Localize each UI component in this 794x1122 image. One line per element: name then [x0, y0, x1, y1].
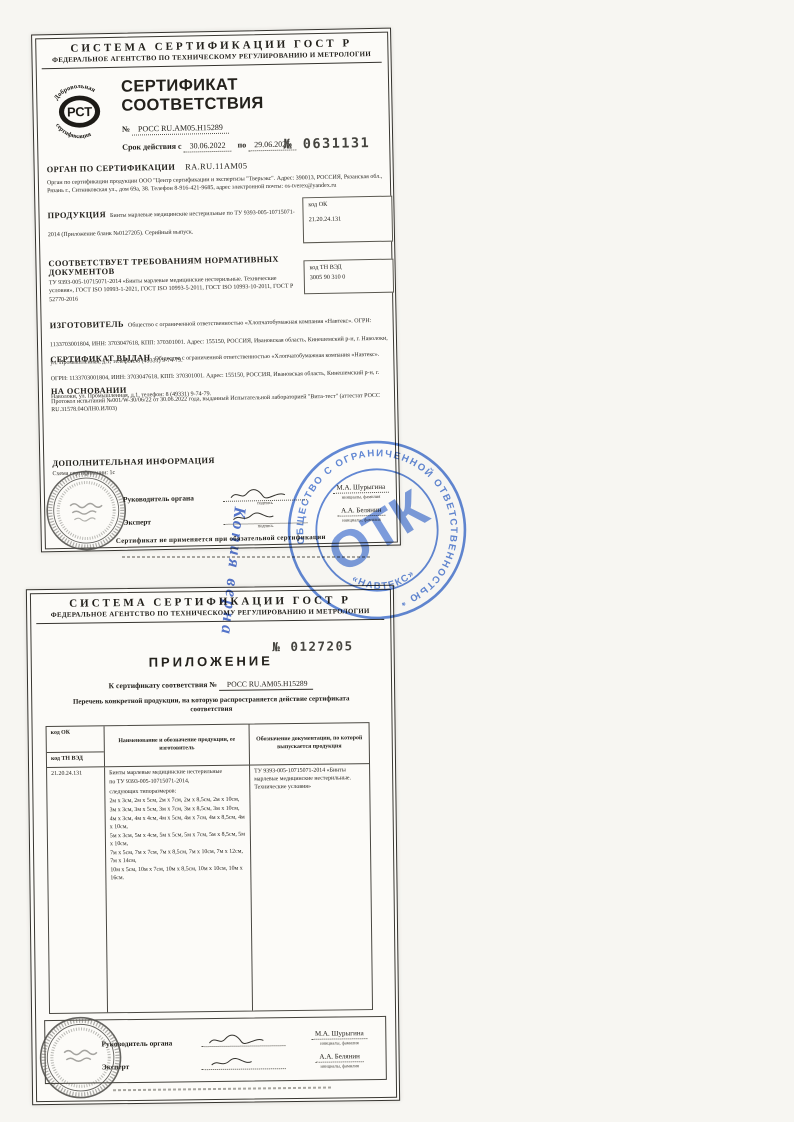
product-heading: ПРОДУКЦИЯ: [47, 210, 106, 220]
certificate-header: СИСТЕМА СЕРТИФИКАЦИИ ГОСТ Р ФЕДЕРАЛЬНОЕ …: [32, 29, 391, 70]
name-caption: инициалы, фамилия: [293, 1040, 385, 1046]
appendix-certificate-number: РОСС RU.АМ05.Н15289: [219, 679, 314, 691]
head-name-text: М.А. Шурыгина: [311, 1029, 368, 1040]
table-row: 21.20.24.131 Бинты марлевые медицинские …: [47, 764, 372, 1013]
header-cell-codes: код ОК код ТН ВЭД: [47, 726, 105, 767]
ok-code-box: код ОК 21.20.24.131: [302, 196, 393, 244]
expert-name-text: А.А. Белянин: [315, 1052, 364, 1063]
fine-print-line: [113, 1087, 333, 1092]
appendix-title: ПРИЛОЖЕНИЕ: [28, 652, 394, 671]
head-signature-line: [201, 1033, 285, 1047]
conformity-heading: СООТВЕТСТВУЕТ ТРЕБОВАНИЯМ НОРМАТИВНЫХ ДО…: [48, 254, 298, 277]
name-caption: инициалы, фамилия: [294, 1063, 386, 1069]
org-text: Орган по сертификации продукции ООО "Цен…: [47, 173, 385, 196]
cell-product: Бинты марлевые медицинские нестерильные …: [105, 766, 253, 1013]
product-line: 5м х 3см, 5м х 4см, 5м х 5см, 5м х 7см, …: [110, 831, 246, 849]
product-line: 4м х 3см, 4м х 4см, 4м х 5см, 4м х 7см, …: [110, 814, 246, 832]
product-line: 10м х 5см, 10м х 7см, 10м х 8,5см, 10м х…: [110, 865, 246, 883]
expert-signature-icon: [208, 1056, 258, 1071]
tnved-code-value: 3005 90 310 0: [310, 273, 388, 283]
validity-to-word: по: [237, 140, 246, 149]
col-header-tnved-code: код ТН ВЭД: [47, 751, 104, 767]
product-line: 2м х 3см, 2м х 5см, 2м х 7см, 2м х 8,5см…: [109, 797, 245, 807]
cell-code: 21.20.24.131: [47, 767, 108, 1013]
validity-prefix: Срок действия с: [122, 142, 182, 152]
expert-label: Эксперт: [123, 516, 215, 527]
head-name: М.А. Шурыгина инициалы, фамилия: [293, 1029, 385, 1046]
cell-documentation: ТУ 9393-005-10715071-2014 «Бинты марлевы…: [250, 764, 372, 1010]
ok-code-value: 21.20.24.131: [309, 215, 387, 225]
expert-signature-line: [202, 1056, 286, 1070]
section-certification-body: ОРГАН ПО СЕРТИФИКАЦИИ RA.RU.11АМ05 Орган…: [46, 153, 385, 196]
tnved-code-box: код ТН ВЭД 3005 90 310 0: [303, 259, 394, 295]
blank-number: № 0631131: [283, 135, 370, 153]
certificate-title: СЕРТИФИКАТ СООТВЕТСТВИЯ: [121, 73, 384, 116]
product-line: по ТУ 9393-005-10715071-2014,: [109, 778, 245, 788]
signature-block: Руководитель органа М.А. Шурыгина инициа…: [101, 1029, 386, 1078]
product-line: Бинты марлевые медицинские нестерильные: [109, 769, 245, 779]
product-line: следующих типоразмеров:: [109, 788, 245, 798]
svg-text:РСТ: РСТ: [67, 104, 93, 119]
section-conformity: СООТВЕТСТВУЕТ ТРЕБОВАНИЯМ НОРМАТИВНЫХ ДО…: [48, 254, 299, 304]
certificate-number-line: № РОСС RU.АМ05.Н15289: [122, 120, 384, 134]
scanned-document: СИСТЕМА СЕРТИФИКАЦИИ ГОСТ Р ФЕДЕРАЛЬНОЕ …: [0, 0, 794, 1122]
rst-certification-mark-icon: Добровольная РСТ сертификация: [46, 78, 113, 145]
subtitle-prefix: К сертификату соответствия №: [109, 680, 217, 690]
appendix-page: СИСТЕМА СЕРТИФИКАЦИИ ГОСТ Р ФЕДЕРАЛЬНОЕ …: [26, 585, 400, 1105]
org-heading: ОРГАН ПО СЕРТИФИКАЦИИ: [47, 163, 176, 174]
ok-code-label: код ОК: [308, 200, 386, 210]
col-header-documentation: Обозначение документации, по которой вып…: [250, 723, 369, 764]
product-line: 7м х 5см, 7м х 7см, 7м х 8,5см, 7м х 10с…: [110, 848, 246, 866]
issued-to-heading: СЕРТИФИКАТ ВЫДАН: [50, 353, 150, 364]
signature-row-head: Руководитель органа М.А. Шурыгина инициа…: [101, 1029, 385, 1048]
col-header-product: Наименование и обозначение продукции, ее…: [105, 725, 250, 767]
head-signature-icon: [207, 1033, 265, 1048]
svg-text:ОТК: ОТК: [318, 478, 439, 584]
col-header-ok-code: код ОК: [47, 726, 104, 741]
product-table: код ОК код ТН ВЭД Наименование и обознач…: [46, 722, 373, 1014]
appendix-subtitle: К сертификату соответствия № РОСС RU.АМ0…: [28, 678, 394, 691]
signature-row-expert: Эксперт А.А. Белянин инициалы, фамилия: [102, 1052, 386, 1071]
appendix-signature-box: Руководитель органа М.А. Шурыгина инициа…: [44, 1016, 387, 1084]
section-basis: НА ОСНОВАНИИ Протокол испытаний №001/W-3…: [51, 381, 391, 415]
validity-from: 30.06.2022: [183, 141, 231, 153]
table-header-row: код ОК код ТН ВЭД Наименование и обознач…: [47, 723, 369, 768]
certificate-number: РОСС RU.АМ05.Н15289: [132, 123, 229, 136]
product-line: 3м х 3см, 3м х 5см, 3м х 7см, 3м х 8,5см…: [110, 805, 246, 815]
conformity-text: ТУ 9393-005-10715071-2014 «Бинты марлевы…: [49, 274, 299, 304]
number-label: №: [122, 125, 130, 134]
expert-name: А.А. Белянин инициалы, фамилия: [294, 1052, 386, 1069]
tnved-code-label: код ТН ВЭД: [310, 263, 388, 273]
head-of-body-label: Руководитель органа: [123, 493, 215, 504]
appendix-description-text: Перечень конкретной продукции, на котору…: [66, 694, 356, 716]
section-product: ПРОДУКЦИЯ Бинты марлевые медицинские нес…: [47, 200, 298, 241]
org-code: RA.RU.11АМ05: [185, 161, 247, 171]
manufacturer-heading: ИЗГОТОВИТЕЛЬ: [50, 320, 124, 330]
appendix-description: Перечень конкретной продукции, на котору…: [28, 694, 394, 719]
round-official-stamp-icon: [37, 1014, 124, 1101]
